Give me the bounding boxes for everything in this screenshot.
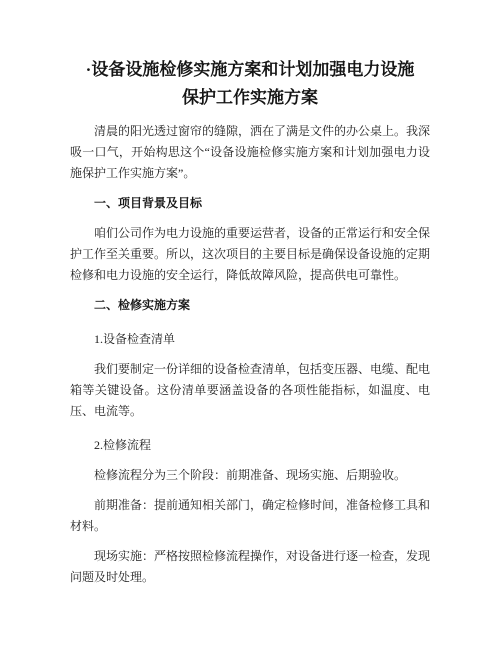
sub-heading: 1.设备检查清单 (70, 329, 430, 350)
document-page: ·设备设施检修实施方案和计划加强电力设施保护工作实施方案 清晨的阳光透过窗帘的缝… (0, 0, 500, 647)
paragraph: 我们要制定一份详细的设备检查清单，包括变压器、电缆、配电箱等关键设备。这份清单要… (70, 359, 430, 422)
paragraph: 咱们公司作为电力设施的重要运营者，设备的正常运行和安全保护工作至关重要。所以，这… (70, 223, 430, 286)
section-heading: 二、检修实施方案 (70, 295, 430, 316)
sub-heading: 2.检修流程 (70, 435, 430, 456)
paragraph: 前期准备：提前通知相关部门，确定检修时间，准备检修工具和材料。 (70, 495, 430, 537)
section-heading: 一、项目背景及目标 (70, 193, 430, 214)
document-body: 清晨的阳光透过窗帘的缝隙，洒在了满是文件的办公桌上。我深吸一口气，开始构思这个“… (70, 121, 430, 588)
paragraph: 清晨的阳光透过窗帘的缝隙，洒在了满是文件的办公桌上。我深吸一口气，开始构思这个“… (70, 121, 430, 184)
document-title: ·设备设施检修实施方案和计划加强电力设施保护工作实施方案 (80, 56, 420, 112)
paragraph: 现场实施：严格按照检修流程操作，对设备进行逐一检查，发现问题及时处理。 (70, 546, 430, 588)
paragraph: 检修流程分为三个阶段：前期准备、现场实施、后期验收。 (70, 465, 430, 486)
